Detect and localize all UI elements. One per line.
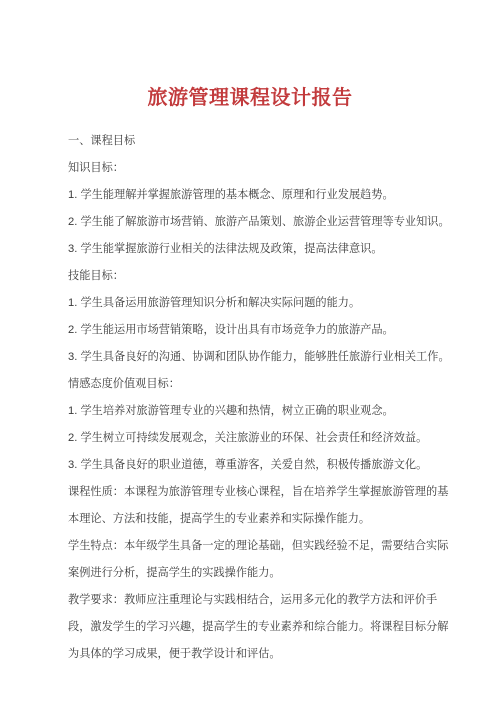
list-item-knowledge-2: 2. 学生能了解旅游市场营销、旅游产品策划、旅游企业运营管理等专业知识。 xyxy=(68,209,454,236)
paragraph-teaching-requirements: 教学要求：教师应注重理论与实践相结合，运用多元化的教学方法和评价手段，激发学生的… xyxy=(68,587,454,668)
list-item-knowledge-1: 1. 学生能理解并掌握旅游管理的基本概念、原理和行业发展趋势。 xyxy=(68,182,454,209)
page-title: 旅游管理课程设计报告 xyxy=(0,0,500,112)
label-knowledge-goals: 知识目标： xyxy=(68,155,454,182)
paragraph-student-traits: 学生特点：本年级学生具备一定的理论基础，但实践经验不足，需要结合实际案例进行分析… xyxy=(68,533,454,587)
list-item-affective-2: 2. 学生树立可持续发展观念，关注旅游业的环保、社会责任和经济效益。 xyxy=(68,425,454,452)
list-item-skill-3: 3. 学生具备良好的沟通、协调和团队协作能力，能够胜任旅游行业相关工作。 xyxy=(68,344,454,371)
document-page: 旅游管理课程设计报告 一、课程目标 知识目标： 1. 学生能理解并掌握旅游管理的… xyxy=(0,0,500,707)
label-skill-goals: 技能目标： xyxy=(68,263,454,290)
list-item-skill-2: 2. 学生能运用市场营销策略，设计出具有市场竞争力的旅游产品。 xyxy=(68,317,454,344)
list-item-affective-3: 3. 学生具备良好的职业道德，尊重游客，关爱自然，积极传播旅游文化。 xyxy=(68,452,454,479)
heading-course-objectives: 一、课程目标 xyxy=(68,128,454,155)
document-body: 一、课程目标 知识目标： 1. 学生能理解并掌握旅游管理的基本概念、原理和行业发… xyxy=(0,128,500,668)
list-item-knowledge-3: 3. 学生能掌握旅游行业相关的法律法规及政策，提高法律意识。 xyxy=(68,236,454,263)
list-item-skill-1: 1. 学生具备运用旅游管理知识分析和解决实际问题的能力。 xyxy=(68,290,454,317)
paragraph-course-nature: 课程性质：本课程为旅游管理专业核心课程，旨在培养学生掌握旅游管理的基本理论、方法… xyxy=(68,479,454,533)
list-item-affective-1: 1. 学生培养对旅游管理专业的兴趣和热情，树立正确的职业观念。 xyxy=(68,398,454,425)
label-affective-goals: 情感态度价值观目标： xyxy=(68,371,454,398)
